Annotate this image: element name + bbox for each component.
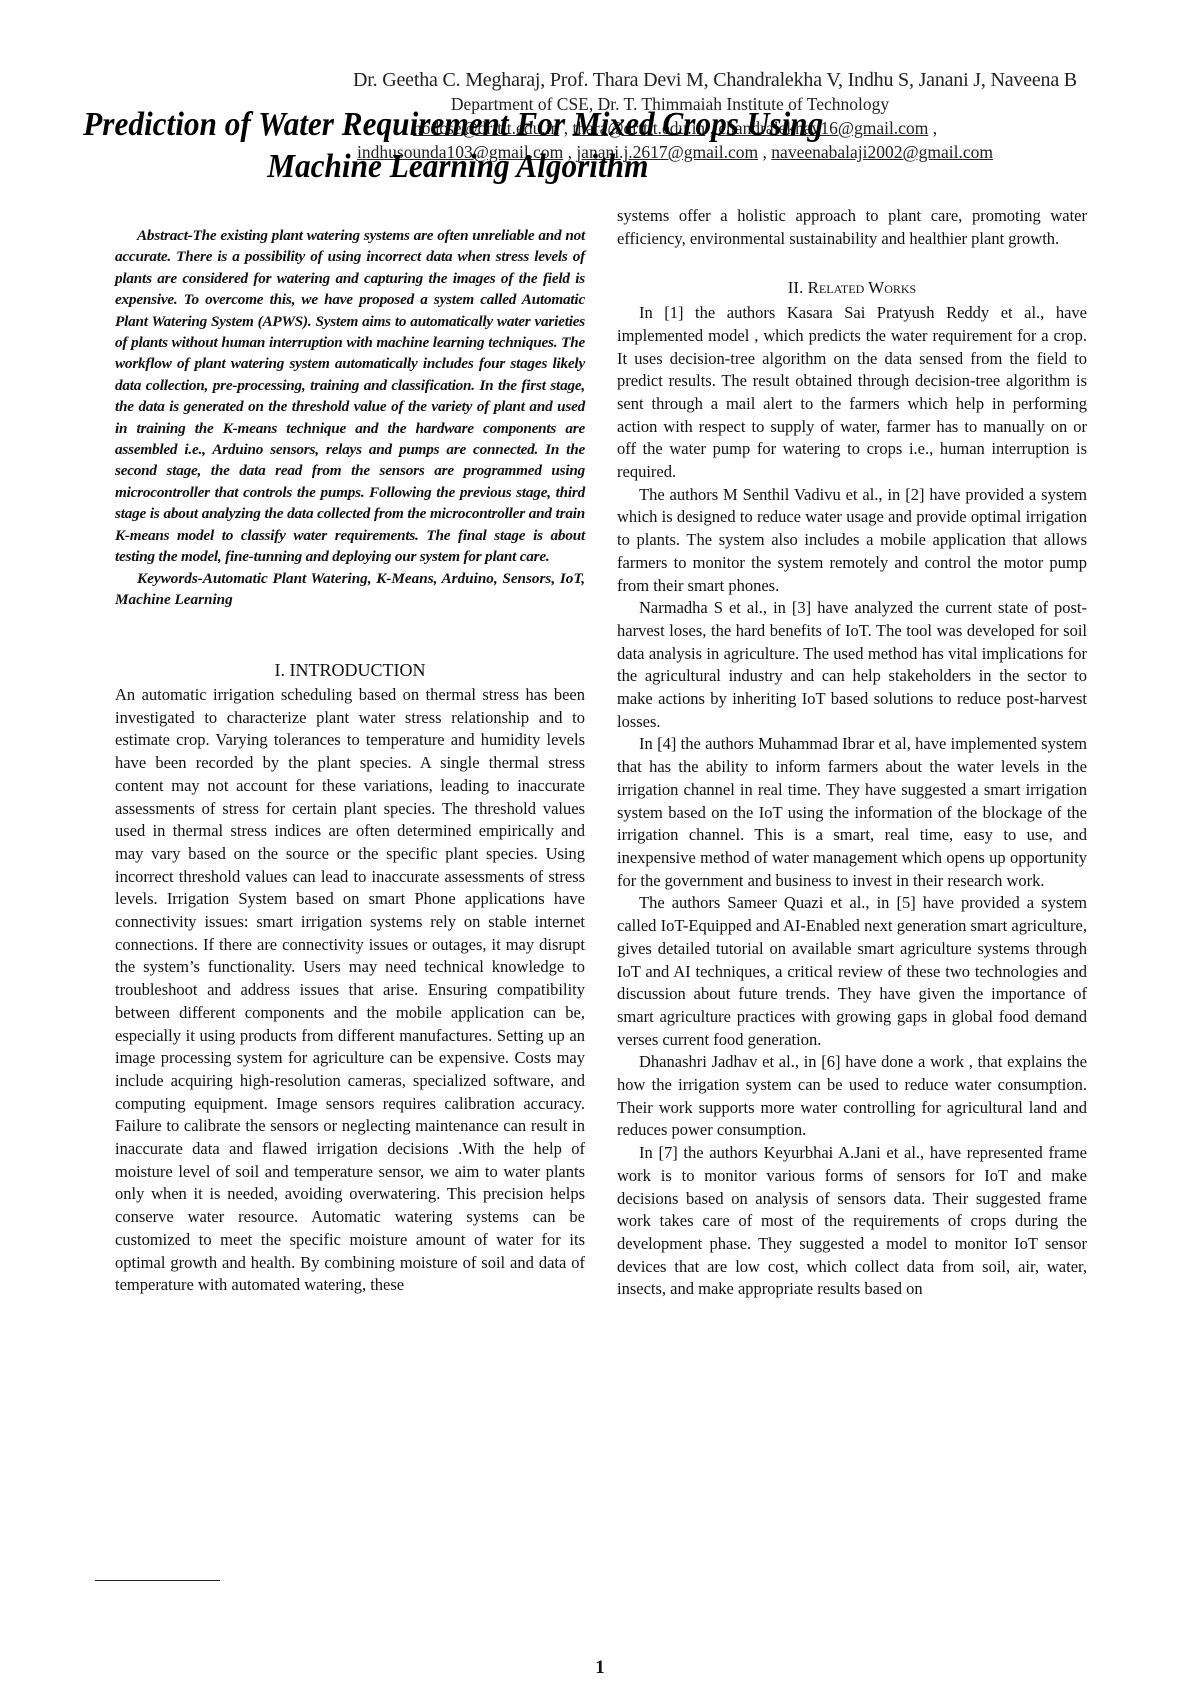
related-work-paragraph: In [7] the authors Keyurbhai A.Jani et a… [617, 1142, 1087, 1301]
left-column: Abstract-The existing plant watering sys… [115, 205, 585, 1297]
author-names: Dr. Geetha C. Megharaj, Prof. Thara Devi… [230, 68, 1200, 92]
related-work-paragraph: In [4] the authors Muhammad Ibrar et al,… [617, 733, 1087, 892]
keywords: Keywords-Automatic Plant Watering, K-Mea… [115, 568, 585, 611]
related-work-paragraph: In [1] the authors Kasara Sai Pratyush R… [617, 302, 1087, 484]
right-column: systems offer a holistic approach to pla… [617, 205, 1087, 1301]
paper-title-line-1: Prediction of Water Requirement For Mixe… [30, 104, 876, 146]
introduction-continuation: systems offer a holistic approach to pla… [617, 205, 1087, 250]
section-heading-related-works: II. Related Works [617, 277, 1087, 300]
related-work-paragraph: The authors M Senthil Vadivu et al., in … [617, 484, 1087, 598]
paper-title-line-2: Machine Learning Algorithm [30, 146, 876, 188]
page-number: 1 [0, 1657, 1200, 1679]
introduction-paragraph: An automatic irrigation scheduling based… [115, 684, 585, 1297]
email-separator: , [928, 118, 937, 138]
section-heading-introduction: I. INTRODUCTION [115, 659, 585, 682]
abstract: Abstract-The existing plant watering sys… [115, 225, 585, 568]
related-work-paragraph: The authors Sameer Quazi et al., in [5] … [617, 892, 1087, 1051]
footnote-divider [95, 1580, 220, 1581]
paper-title: Prediction of Water Requirement For Mixe… [30, 104, 876, 188]
related-work-paragraph: Narmadha S et al., in [3] have analyzed … [617, 597, 1087, 733]
related-work-paragraph: Dhanashri Jadhav et al., in [6] have don… [617, 1051, 1087, 1142]
